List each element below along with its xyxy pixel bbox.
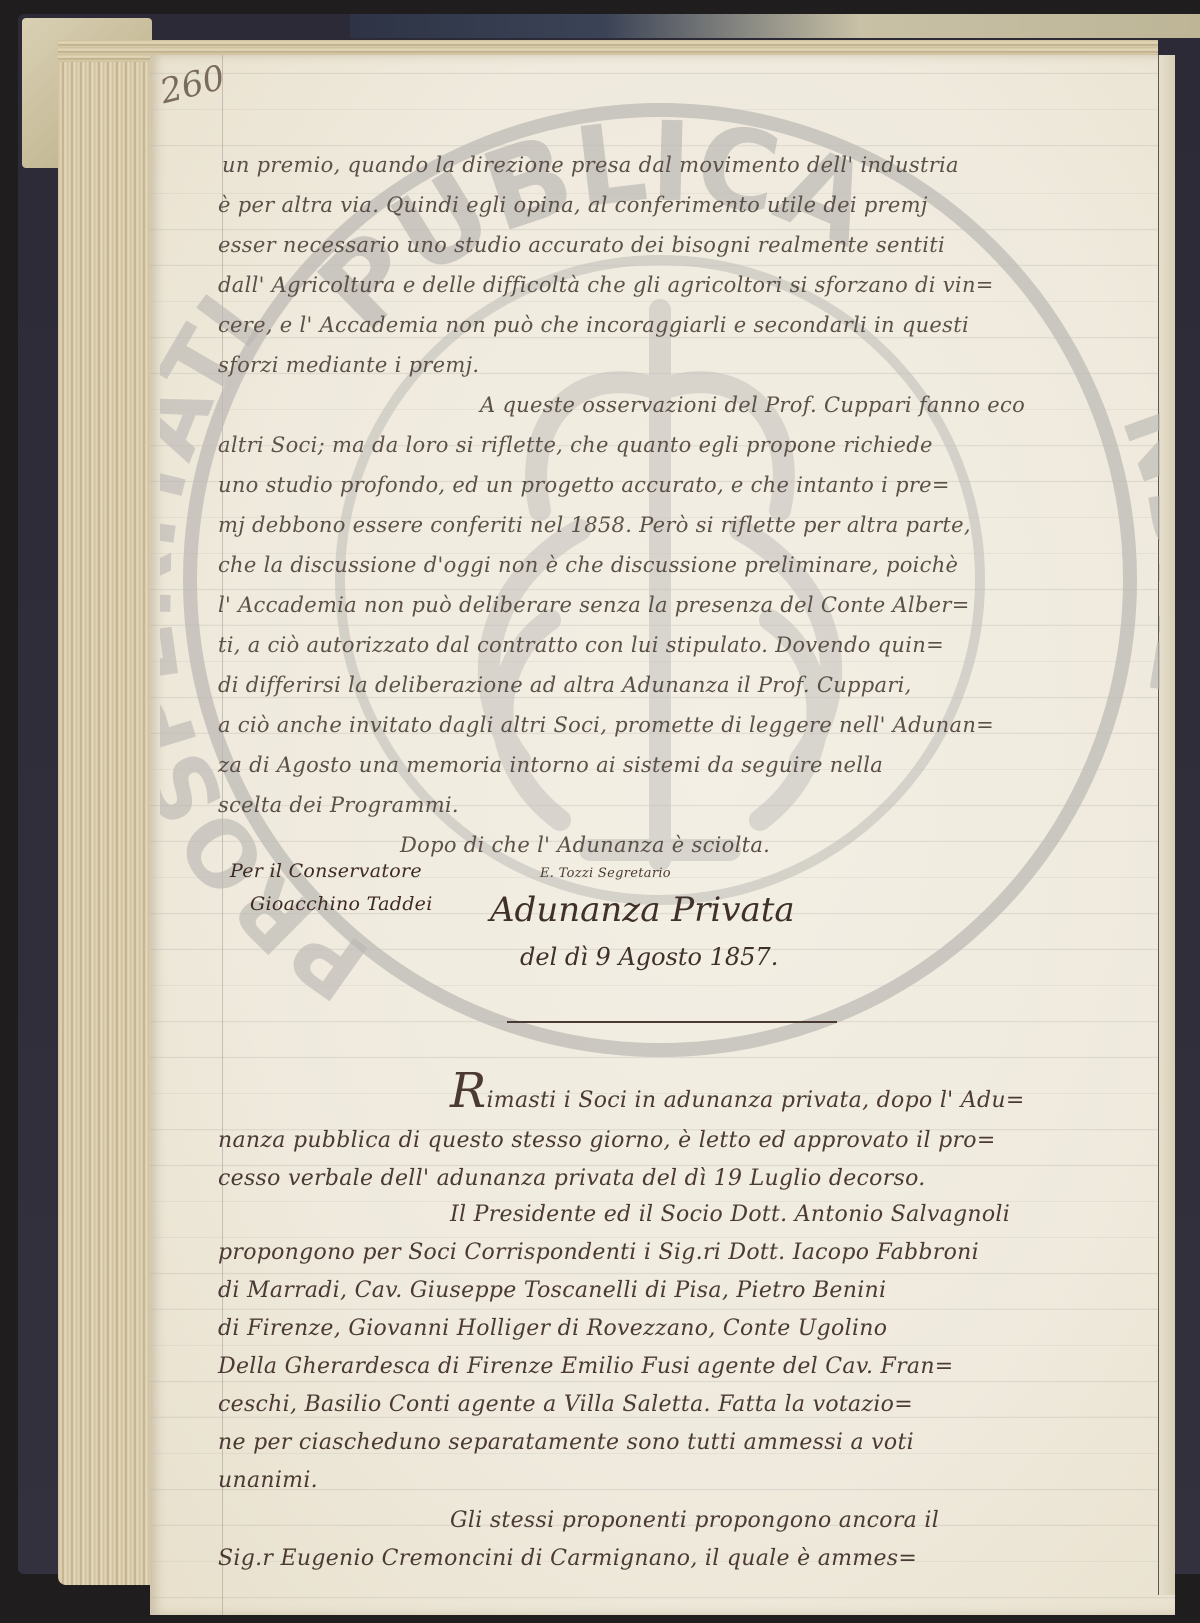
text-line: za di Agosto una memoria intorno ai sist… <box>218 753 883 777</box>
text-line: a ciò anche invitato dagli altri Soci, p… <box>218 713 994 737</box>
text-line: propongono per Soci Corrispondenti i Sig… <box>218 1240 979 1265</box>
section-title: Adunanza Privata <box>490 890 795 930</box>
text-line: Gli stessi proponenti propongono ancora … <box>450 1508 939 1533</box>
text-line: di Marradi, Cav. Giuseppe Toscanelli di … <box>218 1278 886 1303</box>
text-line: è per altra via. Quindi egli opina, al c… <box>218 193 928 217</box>
cover-spine-strip <box>350 14 1200 38</box>
text-line: altri Soci; ma da loro si riflette, che … <box>218 433 933 457</box>
closing-line: Dopo di che l' Adunanza è sciolta. <box>400 833 770 857</box>
text-line: ti, a ciò autorizzato dal contratto con … <box>218 633 944 657</box>
text-span: imasti i Soci in adunanza privata, dopo … <box>486 1088 1024 1113</box>
text-line: di differirsi la deliberazione ad altra … <box>218 673 912 697</box>
signature-segretario: E. Tozzi Segretario <box>540 866 671 881</box>
text-line: uno studio profondo, ed un progetto accu… <box>218 473 950 497</box>
text-line: cere, e l' Accademia non può che incorag… <box>218 313 969 337</box>
title-underline <box>507 1021 837 1023</box>
page-right-edge <box>1158 55 1175 1595</box>
text-line: l' Accademia non può deliberare senza la… <box>218 593 970 617</box>
text-line: Il Presidente ed il Socio Dott. Antonio … <box>450 1202 1010 1227</box>
signature-taddei: Gioacchino Taddei <box>250 893 433 915</box>
text-line: scelta dei Programmi. <box>218 793 459 817</box>
text-line: nanza pubblica di questo stesso giorno, … <box>218 1128 996 1153</box>
text-line: Sig.r Eugenio Cremoncini di Carmignano, … <box>218 1546 917 1571</box>
text-line: di Firenze, Giovanni Holliger di Rovezza… <box>218 1316 887 1341</box>
text-line: mj debbono essere conferiti nel 1858. Pe… <box>218 513 971 537</box>
text-line: esser necessario uno studio accurato dei… <box>218 233 945 257</box>
text-line: sforzi mediante i premj. <box>218 353 479 377</box>
text-line: A queste osservazioni del Prof. Cuppari … <box>480 393 1025 417</box>
text-line: cesso verbale dell' adunanza privata del… <box>218 1166 926 1191</box>
text-line: unanimi. <box>218 1468 318 1493</box>
text-line: ne per ciascheduno separatamente sono tu… <box>218 1430 914 1455</box>
section-date: del dì 9 Agosto 1857. <box>520 943 778 971</box>
signature-conservatore-title: Per il Conservatore <box>230 860 422 882</box>
drop-cap: R <box>450 1063 486 1119</box>
text-line: che la discussione d'oggi non è che disc… <box>218 553 958 577</box>
text-line: Della Gherardesca di Firenze Emilio Fusi… <box>218 1354 954 1379</box>
text-line: un premio, quando la direzione presa dal… <box>222 153 959 177</box>
page-stack-edge <box>58 40 158 1585</box>
text-line: ceschi, Basilio Conti agente a Villa Sal… <box>218 1392 913 1417</box>
text-line: dall' Agricoltura e delle difficoltà che… <box>218 273 994 297</box>
text-line: Rimasti i Soci in adunanza privata, dopo… <box>450 1088 1025 1113</box>
